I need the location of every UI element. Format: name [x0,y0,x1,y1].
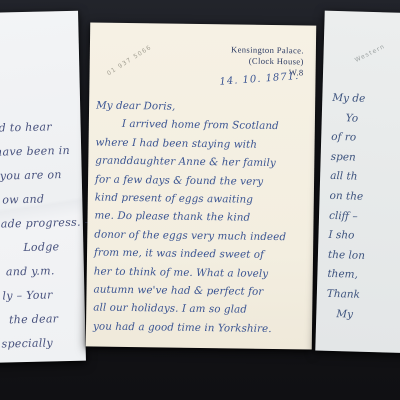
handwriting-line: d to hear [0,115,89,141]
center-letter-paper: 01 937 5066 Kensington Palace. (Clock Ho… [86,22,317,349]
handwriting-line: cliff – [329,206,367,227]
left-letter-paper: d to hear have been in you are on ow and… [0,11,86,364]
handwriting-line: of ro [331,128,369,149]
handwriting-line: them, [327,265,365,286]
letterhead-line: Kensington Palace. [231,44,304,56]
handwriting-line: the dear [9,306,93,332]
handwriting-line: granddaughter Anne & her family [95,152,287,173]
handwriting-line: have been in [0,139,89,165]
right-letter-handwriting: My de Yo of ro spen all th on the cliff … [326,89,370,325]
handwriting-line: from me, it was indeed sweet of [94,244,286,265]
handwriting-line: the lon [328,246,366,267]
handwriting-line: My de [332,89,370,110]
handwriting-line: me. Do please thank the kind [94,207,286,228]
handwriting-line: all our holidays. I am so glad [93,299,285,320]
left-letter-handwriting: d to hear have been in you are on ow and… [0,115,93,357]
handwriting-line: ow and [2,186,90,212]
right-letter-paper: Western My de Yo of ro spen all th on th… [315,11,400,354]
handwriting-line: you had a good time in Yorkshire. [93,317,285,338]
handwriting-line: specially [1,330,93,356]
letters-photo: d to hear have been in you are on ow and… [0,0,400,400]
handwriting-line: on the [329,187,367,208]
handwriting-line: spen [330,148,368,169]
phone-number-stamp: 01 937 5066 [106,44,153,77]
handwriting-line: ade progress. – [1,210,91,236]
handwriting-line: Lodge [23,234,91,260]
handwriting-line: My [336,305,364,325]
handwriting-line: Yo [345,109,369,129]
handwriting-line: I sho [328,226,366,247]
center-letter-handwriting: My dear Doris, I arrived home from Scotl… [93,97,288,339]
handwriting-line: and y.m. [6,258,92,284]
handwriting-line: all th [330,167,368,188]
handwriting-line: I arrived home from Scotland [122,115,288,136]
letterhead-stamp: Western [354,43,387,64]
handwriting-line: ly – Your [2,282,92,308]
handwriting-line: you are on [0,162,90,188]
handwriting-line: Thank [327,285,365,306]
